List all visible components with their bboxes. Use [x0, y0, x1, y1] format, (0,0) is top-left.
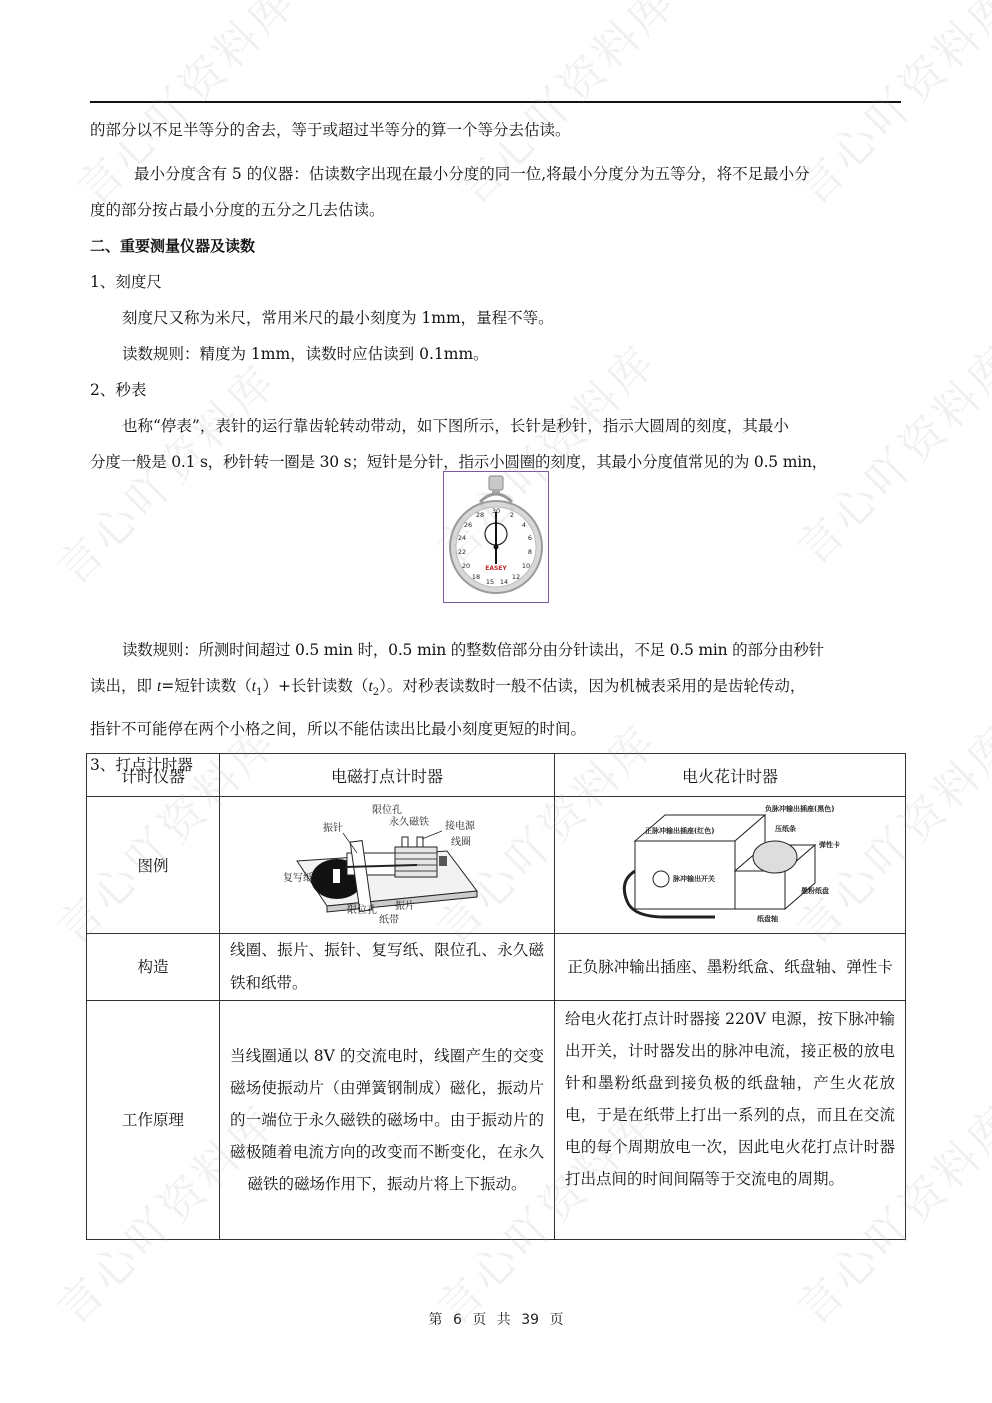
text-run: ）+长针读数（: [262, 677, 368, 695]
svg-text:18: 18: [472, 573, 480, 581]
svg-text:压纸条: 压纸条: [775, 824, 796, 833]
table-row: 图例 限位孔 永久磁铁 接电源 振针 线圈 复写纸: [87, 797, 906, 934]
table-row: 构造 线圈、振片、振针、复写纸、限位孔、永久磁铁和纸带。 正负脉冲输出插座、墨粉…: [87, 934, 906, 1001]
svg-text:负脉冲输出插座(黑色): 负脉冲输出插座(黑色): [765, 804, 834, 813]
electromagnetic-timer-diagram: 限位孔 永久磁铁 接电源 振针 线圈 复写纸 限位孔 振片 纸带: [220, 797, 555, 934]
electromagnetic-timer-icon: 限位孔 永久磁铁 接电源 振针 线圈 复写纸 限位孔 振片 纸带: [277, 801, 497, 926]
svg-text:2: 2: [510, 511, 514, 519]
page-footer: 第 6 页 共 39 页: [0, 1309, 992, 1329]
table-row: 工作原理 当线圈通以 8V 的交流电时，线圈产生的交变磁场使振动片（由弹簧钢制成…: [87, 1001, 906, 1240]
table-cell: 当线圈通以 8V 的交流电时，线圈产生的交变磁场使振动片（由弹簧钢制成）磁化，振…: [220, 1001, 555, 1240]
svg-text:6: 6: [528, 534, 532, 542]
svg-text:纸盘轴: 纸盘轴: [757, 914, 778, 923]
svg-text:线圈: 线圈: [451, 835, 471, 848]
svg-text:10: 10: [522, 562, 530, 570]
stopwatch-figure: 3024 6810 121415 182022 242628 EASEY: [443, 471, 549, 603]
svg-text:30: 30: [492, 507, 500, 515]
svg-text:12: 12: [512, 573, 520, 581]
paragraph: 读出，即 t=短针读数（t1）+长针读数（t2）。对秒表读数时一般不估读，因为机…: [90, 668, 902, 711]
svg-text:弹性卡: 弹性卡: [819, 840, 840, 849]
paragraph: 刻度尺又称为米尺，常用米尺的最小刻度为 1mm，量程不等。: [90, 300, 902, 336]
paragraph: 也称“停表”，表针的运行靠齿轮转动带动，如下图所示，长针是秒针，指示大圆周的刻度…: [90, 408, 902, 444]
header-rule: [90, 101, 901, 103]
text-run: 读出，即: [90, 677, 157, 695]
table-header-cell: 电磁打点计时器: [220, 754, 555, 797]
paragraph: 最小分度含有 5 的仪器：估读数字出现在最小分度的同一位,将最小分度分为五等分，…: [90, 156, 902, 192]
paragraph: 读数规则：精度为 1mm，读数时应估读到 0.1mm。: [90, 336, 902, 372]
table-cell: 给电火花打点计时器接 220V 电源，按下脉冲输出开关，计时器发出的脉冲电流，接…: [555, 1001, 906, 1240]
svg-text:20: 20: [462, 562, 470, 570]
svg-text:振片: 振片: [395, 899, 415, 912]
svg-text:限位孔: 限位孔: [347, 903, 377, 916]
svg-text:4: 4: [522, 521, 526, 529]
table-header-row: 计时仪器 电磁打点计时器 电火花计时器: [87, 754, 906, 797]
text-run: =短针读数（: [161, 677, 252, 695]
svg-text:26: 26: [464, 521, 472, 529]
page-content: 的部分以不足半等分的舍去，等于或超过半等分的算一个等分去估读。 最小分度含有 5…: [90, 112, 902, 783]
subsection-heading: 1、刻度尺: [90, 264, 902, 300]
timer-comparison-table: 计时仪器 电磁打点计时器 电火花计时器 图例 限位孔 永久磁铁 接电源: [86, 753, 906, 1240]
svg-text:正脉冲输出插座(红色): 正脉冲输出插座(红色): [645, 826, 714, 835]
table-header-cell: 电火花计时器: [555, 754, 906, 797]
paragraph: 指针不可能停在两个小格之间，所以不能估读出比最小刻度更短的时间。: [90, 711, 902, 747]
svg-text:脉冲输出开关: 脉冲输出开关: [673, 874, 715, 883]
svg-text:限位孔: 限位孔: [372, 803, 402, 816]
svg-text:接电源: 接电源: [445, 819, 476, 832]
spark-timer-icon: 负脉冲输出插座(黑色) 正脉冲输出插座(红色) 压纸条 弹性卡 脉冲输出开关 墨…: [605, 801, 855, 926]
paragraph: 读数规则：所测时间超过 0.5 min 时，0.5 min 的整数倍部分由分针读…: [90, 632, 902, 668]
row-label: 构造: [87, 934, 220, 1001]
svg-text:24: 24: [458, 534, 466, 542]
svg-text:复写纸: 复写纸: [283, 871, 313, 884]
svg-text:15: 15: [486, 578, 494, 586]
svg-text:8: 8: [528, 548, 532, 556]
row-label: 工作原理: [87, 1001, 220, 1240]
subsection-heading: 2、秒表: [90, 372, 902, 408]
spark-timer-diagram: 负脉冲输出插座(黑色) 正脉冲输出插座(红色) 压纸条 弹性卡 脉冲输出开关 墨…: [555, 797, 906, 934]
svg-text:22: 22: [458, 548, 466, 556]
svg-text:振针: 振针: [323, 821, 343, 834]
section-heading: 二、重要测量仪器及读数: [90, 228, 902, 264]
table-cell: 线圈、振片、振针、复写纸、限位孔、永久磁铁和纸带。: [220, 934, 555, 1001]
svg-text:墨粉纸盘: 墨粉纸盘: [801, 886, 829, 895]
table-header-cell: 计时仪器: [87, 754, 220, 797]
svg-text:EASEY: EASEY: [485, 565, 507, 572]
text-run: ）。对秒表读数时一般不估读，因为机械表采用的是齿轮传动，: [379, 677, 805, 695]
table-cell: 正负脉冲输出插座、墨粉纸盒、纸盘轴、弹性卡: [555, 934, 906, 1001]
row-label: 图例: [87, 797, 220, 934]
svg-text:14: 14: [500, 578, 508, 586]
stopwatch-icon: 3024 6810 121415 182022 242628 EASEY: [444, 472, 548, 602]
svg-text:纸带: 纸带: [379, 913, 399, 926]
paragraph: 度的部分按占最小分度的五分之几去估读。: [90, 192, 902, 228]
svg-text:28: 28: [476, 511, 484, 519]
svg-text:永久磁铁: 永久磁铁: [389, 815, 429, 828]
paragraph: 的部分以不足半等分的舍去，等于或超过半等分的算一个等分去估读。: [90, 112, 902, 148]
